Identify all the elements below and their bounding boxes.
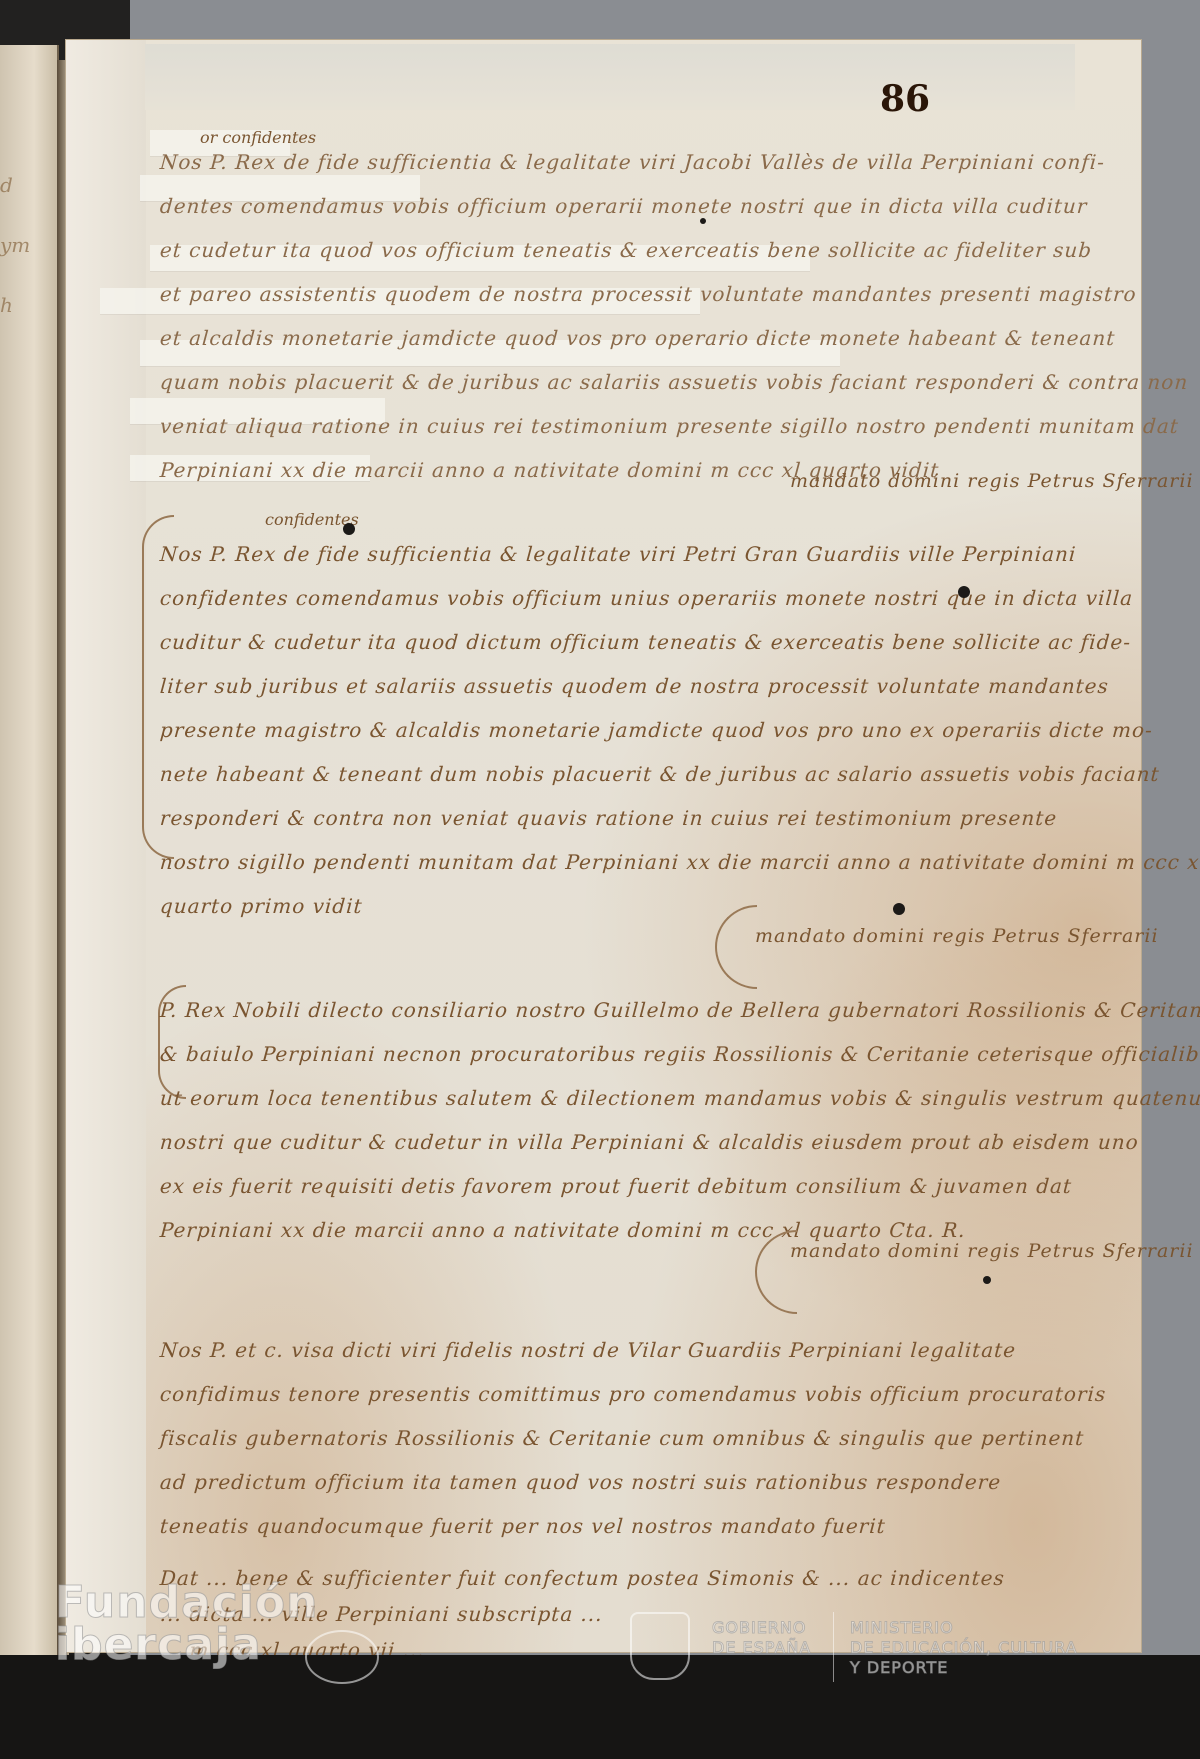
entry-4-text: Nos P. et c. visa dicti viri fidelis nos…	[160, 1328, 1060, 1548]
text-line: ut eorum loca tenentibus salutem & dilec…	[158, 1076, 1061, 1120]
text-line: confidimus tenore presentis comittimus p…	[158, 1372, 1061, 1416]
folio-number: 86	[880, 78, 930, 120]
watermark-fundacion-ibercaja: Fundación ibercaja	[55, 1582, 318, 1666]
text-line: teneatis quandocumque fuerit per nos vel…	[158, 1504, 1061, 1548]
spain-coat-of-arms-icon	[630, 1612, 690, 1680]
text-line: Nos P. et c. visa dicti viri fidelis nos…	[158, 1328, 1061, 1372]
entry-2-text: Nos P. Rex de fide sufficientia & legali…	[160, 532, 1060, 928]
text-line: et alcaldis monetarie jamdicte quod vos …	[158, 316, 1061, 360]
text-line: fiscalis gubernatoris Rossilionis & Ceri…	[158, 1416, 1061, 1460]
worm-hole	[893, 903, 905, 915]
text-line: quarto primo vidit	[158, 884, 1061, 928]
text-line: P. Rex Nobili dilecto consiliario nostro…	[158, 988, 1061, 1032]
text-line: confidentes comendamus vobis officium un…	[158, 576, 1061, 620]
text-line: ad predictum officium ita tamen quod vos…	[158, 1460, 1061, 1504]
text-line: nostro sigillo pendenti munitam dat Perp…	[158, 840, 1061, 884]
signature: mandato domini regis Petrus Sferrarii	[790, 1240, 1194, 1262]
text-line: Nos P. Rex de fide sufficientia & legali…	[158, 140, 1061, 184]
entry-1-text: Nos P. Rex de fide sufficientia & legali…	[160, 140, 1060, 492]
folio-inner-margin	[66, 40, 146, 1652]
worm-hole	[958, 586, 970, 598]
text-line: presente magistro & alcaldis monetarie j…	[158, 708, 1061, 752]
ibercaja-logo-icon	[305, 1630, 379, 1684]
text-line: liter sub juribus et salariis assuetis q…	[158, 664, 1061, 708]
text-line: nete habeant & teneant dum nobis placuer…	[158, 752, 1061, 796]
watermark-gobierno: GOBIERNO DE ESPAÑA	[712, 1618, 811, 1658]
watermark-ministerio: MINISTERIO DE EDUCACIÓN, CULTURA Y DEPOR…	[850, 1618, 1078, 1678]
text-line: et cudetur ita quod vos officium teneati…	[158, 228, 1061, 272]
facing-page-fragments: d ym h	[0, 155, 30, 335]
signature: mandato domini regis Petrus Sferrarii	[755, 925, 1159, 947]
watermark-divider	[833, 1612, 834, 1682]
text-line: Nos P. Rex de fide sufficientia & legali…	[158, 532, 1061, 576]
text-line: quam nobis placuerit & de juribus ac sal…	[158, 360, 1061, 404]
entry-3-text: P. Rex Nobili dilecto consiliario nostro…	[160, 988, 1060, 1252]
text-line: nostri que cuditur & cudetur in villa Pe…	[158, 1120, 1061, 1164]
text-line: veniat aliqua ratione in cuius rei testi…	[158, 404, 1061, 448]
text-line: responderi & contra non veniat quavis ra…	[158, 796, 1061, 840]
worm-hole	[700, 218, 706, 224]
text-line: cuditur & cudetur ita quod dictum offici…	[158, 620, 1061, 664]
signature: mandato domini regis Petrus Sferrarii	[790, 470, 1194, 492]
worm-hole	[343, 523, 355, 535]
text-line: et pareo assistentis quodem de nostra pr…	[158, 272, 1061, 316]
text-line: ex eis fuerit requisiti detis favorem pr…	[158, 1164, 1061, 1208]
text-line: dentes comendamus vobis officium operari…	[158, 184, 1061, 228]
worm-hole	[983, 1276, 991, 1284]
facing-page: d ym h	[0, 45, 59, 1665]
text-line: & baiulo Perpiniani necnon procuratoribu…	[158, 1032, 1061, 1076]
